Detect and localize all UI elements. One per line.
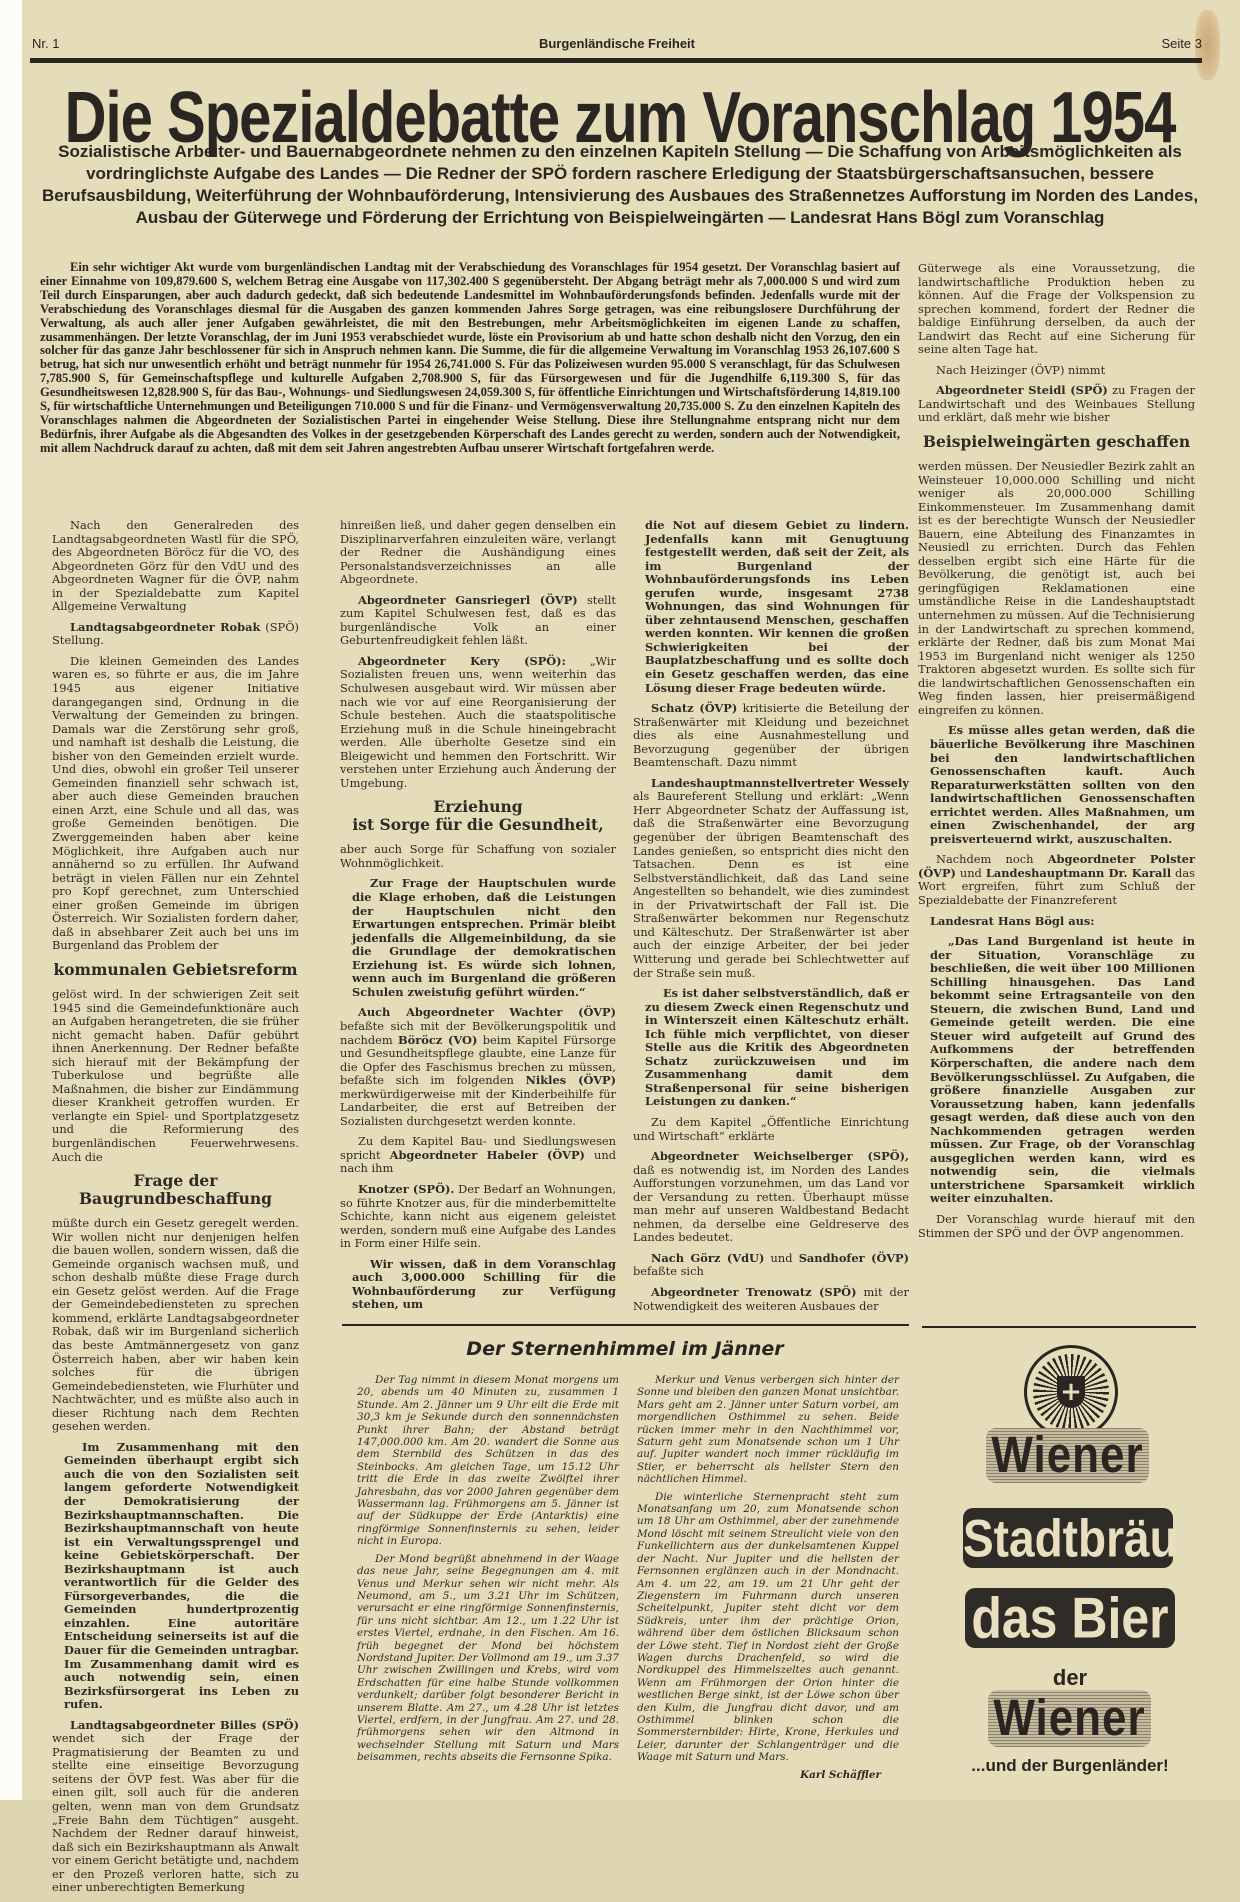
subheadline: Sozialistische Arbeiter- und Bauernabgeo… (40, 141, 1200, 229)
paragraph-text: wendet sich der Frage der Pragmatisierun… (52, 1731, 299, 1800)
speaker-name: Landeshauptmann Dr. Karall (986, 866, 1171, 880)
paragraph-text: Nachdem noch (936, 852, 1048, 866)
section-divider (922, 1326, 1196, 1328)
paragraph: Schatz (ÖVP) kritisierte die Beteilung d… (633, 702, 909, 770)
ad-text: Wiener (993, 1686, 1145, 1752)
speaker-name: Sandhofer (ÖVP) (799, 1251, 909, 1265)
paragraph-text: und (956, 866, 986, 880)
paragraph: Nachdem noch Abgeordneter Polster (ÖVP) … (918, 853, 1195, 907)
paragraph: Abgeordneter Trenowatz (SPÖ) mit der Not… (633, 1286, 909, 1313)
paragraph: Der Tag nimmt in diesem Monat morgens um… (357, 1374, 619, 1548)
paragraph: Knotzer (SPÖ). Der Bedarf an Wohnungen, … (340, 1183, 616, 1251)
speaker-name: Böröcz (VO) (398, 1033, 477, 1047)
shield-icon: + (1057, 1376, 1085, 1408)
paragraph: Zu dem Kapitel Bau- und Siedlungswesen s… (340, 1135, 616, 1176)
paragraph: Wir wissen, daß in dem Voranschlag auch … (352, 1258, 616, 1312)
ad-das-bier: das Bier (965, 1588, 1175, 1648)
ad-wiener-bottom: Wiener (988, 1690, 1151, 1747)
speaker-name: Knotzer (SPÖ). (358, 1182, 454, 1196)
paragraph: gelöst wird. In der schwierigen Zeit sei… (52, 988, 299, 1164)
ad-wiener-top: Wiener (986, 1428, 1149, 1483)
speaker-name: Landeshauptmannstellvertreter Wessely (651, 776, 909, 790)
paragraph: Nach den Generalreden des Landtagsabgeor… (52, 519, 299, 614)
paragraph-text: daß es notwendig ist, im Norden des Land… (633, 1163, 909, 1245)
ad-text: das Bier (971, 1584, 1168, 1653)
paragraph: Auch Abgeordneter Wachter (ÖVP) befaßte … (340, 1006, 616, 1128)
paragraph: Der Mond begrüßt abnehmend in der Waage … (357, 1553, 619, 1764)
page-margin (0, 0, 22, 1800)
paragraph: Es müsse alles getan werden, daß die bäu… (930, 724, 1195, 846)
section-heading: kommunalen Gebietsreform (52, 961, 299, 979)
paragraph-text: und (764, 1251, 798, 1265)
paragraph: Abgeordneter Gansriegerl (ÖVP) stellt zu… (340, 594, 616, 648)
paragraph: Zur Frage der Hauptschulen wurde die Kla… (352, 877, 616, 999)
speaker-name: Abgeordneter Weichselberger (SPÖ), (651, 1149, 909, 1163)
newspaper-name: Burgenländische Freiheit (32, 36, 1202, 51)
speaker-name: Landtagsabgeordneter Robak (70, 620, 260, 634)
paragraph: aber auch Sorge für Schaffung von sozial… (340, 843, 616, 870)
paragraph: Die winterliche Sternenpracht steht zum … (637, 1491, 899, 1764)
running-head: Nr. 1 Burgenländische Freiheit Seite 3 (32, 36, 1202, 56)
sternenhimmel-column-right: Merkur und Venus verbergen sich hinter d… (637, 1374, 899, 1781)
speaker-name: Abgeordneter Steidl (SPÖ) (936, 383, 1108, 397)
speaker-name: Abgeordneter Gansriegerl (ÖVP) (358, 593, 578, 607)
paragraph: müßte durch ein Gesetz geregelt werden. … (52, 1217, 299, 1434)
beer-advertisement: + Wiener Stadtbräu das Bier der Wiener .… (940, 1345, 1200, 1785)
speaker-name: Landesrat Hans Bögl aus: (930, 915, 1195, 929)
ad-text: Wiener (991, 1424, 1143, 1487)
article-column-1: Nach den Generalreden des Landtagsabgeor… (52, 519, 299, 1800)
ad-text: Stadtbräu (963, 1504, 1178, 1573)
speaker-name: Abgeordneter Habeler (ÖVP) (390, 1148, 585, 1162)
paragraph: Landtagsabgeordneter Billes (SPÖ) wendet… (52, 1719, 299, 1800)
paragraph-text: „Wir Sozialisten freuen uns, wenn weiter… (340, 654, 616, 790)
paragraph: Merkur und Venus verbergen sich hinter d… (637, 1374, 899, 1486)
lead-paragraph: Ein sehr wichtiger Akt wurde vom burgenl… (40, 261, 900, 456)
paragraph: „Das Land Burgenland ist heute in der Si… (930, 935, 1195, 1206)
sternenhimmel-title: Der Sternenhimmel im Jänner (340, 1337, 910, 1361)
article-column-2: hinreißen ließ, und daher gegen denselbe… (340, 519, 616, 1319)
paragraph: Abgeordneter Kery (SPÖ): „Wir Sozialiste… (340, 655, 616, 790)
paragraph: hinreißen ließ, und daher gegen denselbe… (340, 519, 616, 587)
page-number: Seite 3 (1162, 36, 1202, 51)
paragraph: die Not auf diesem Gebiet zu lindern. Je… (645, 519, 909, 695)
sternenhimmel-column-left: Der Tag nimmt in diesem Monat morgens um… (357, 1374, 619, 1769)
section-heading: Beispielweingärten geschaffen (918, 433, 1195, 451)
speaker-name: Landtagsabgeordneter Billes (SPÖ) (70, 1718, 299, 1732)
article-column-4: Güterwege als eine Voraussetzung, die la… (918, 262, 1195, 1247)
paragraph: Abgeordneter Steidl (SPÖ) zu Fragen der … (918, 384, 1195, 425)
paragraph-text: befaßte sich (633, 1264, 704, 1278)
ad-tagline: ...und der Burgenländer! (940, 1756, 1200, 1776)
paragraph: Landtagsabgeordneter Robak (SPÖ) Stellun… (52, 621, 299, 648)
header-rule (30, 58, 1202, 63)
speaker-name: Abgeordneter Kery (SPÖ): (358, 654, 566, 668)
paragraph: Die kleinen Gemeinden des Landes waren e… (52, 655, 299, 953)
paragraph: Nach Heizinger (ÖVP) nimmt (918, 364, 1195, 378)
paragraph: werden müssen. Der Neusiedler Bezirk zah… (918, 460, 1195, 717)
ad-stadtbraeu: Stadtbräu (963, 1508, 1173, 1568)
author-byline: Karl Schäffler (637, 1769, 881, 1781)
section-heading: Frage der Baugrundbeschaffung (52, 1172, 299, 1208)
speaker-name: Auch Abgeordneter Wachter (ÖVP) (358, 1005, 616, 1019)
speaker-name: Abgeordneter Trenowatz (SPÖ) (651, 1285, 857, 1299)
paragraph: Der Voranschlag wurde hierauf mit den St… (918, 1213, 1195, 1240)
heading-line: ist Sorge für die Gesundheit, (352, 815, 603, 834)
section-heading: Erziehungist Sorge für die Gesundheit, (340, 798, 616, 834)
paragraph: Güterwege als eine Voraussetzung, die la… (918, 262, 1195, 357)
article-column-3: die Not auf diesem Gebiet zu lindern. Je… (633, 519, 909, 1320)
heading-line: Erziehung (433, 797, 522, 816)
paragraph-text: merkwürdigerweise mit der Kinderbeihilfe… (340, 1087, 616, 1128)
paragraph: Es ist daher selbstverständlich, daß er … (645, 987, 909, 1109)
paragraph: Abgeordneter Weichselberger (SPÖ), daß e… (633, 1150, 909, 1245)
speaker-name: Nikles (ÖVP) (526, 1073, 616, 1087)
paragraph: Nach Görz (VdU) und Sandhofer (ÖVP) befa… (633, 1252, 909, 1279)
paragraph: Landeshauptmannstellvertreter Wessely al… (633, 777, 909, 980)
section-divider (342, 1324, 909, 1326)
paragraph: Im Zusammenhang mit den Gemeinden überha… (64, 1441, 299, 1712)
speaker-name: Schatz (ÖVP) (651, 701, 737, 715)
speaker-name: Nach Görz (VdU) (651, 1251, 764, 1265)
paragraph: Zu dem Kapitel „Öffentliche Einrichtung … (633, 1116, 909, 1143)
paragraph-text: als Baureferent Stellung und erklärt: „W… (633, 789, 909, 979)
